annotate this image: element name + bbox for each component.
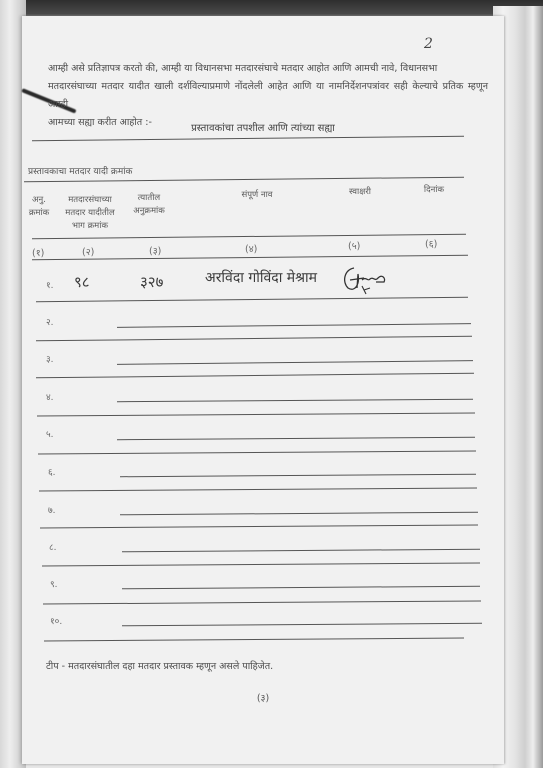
column-number: (१) <box>32 246 44 259</box>
row-underline <box>117 399 473 403</box>
declaration-line-1: आम्ही असे प्रतिज्ञापत्र करतो की, आम्ही य… <box>48 60 488 78</box>
row-divider <box>37 412 475 416</box>
row-underline <box>117 323 471 328</box>
row-6-sr: ६. <box>48 465 56 478</box>
row-8-sr: ८. <box>49 540 57 553</box>
column-number: (५) <box>348 239 360 252</box>
column-header-serial-no: त्यातील अनुक्रमांक <box>124 192 174 218</box>
row-underline <box>122 586 480 590</box>
row-divider <box>39 487 477 491</box>
row-underline <box>117 437 475 441</box>
divider <box>32 136 464 142</box>
column-number: (४) <box>245 242 257 255</box>
row-1-sr: १. <box>46 278 54 291</box>
row-2-sr: २. <box>46 315 54 328</box>
row-divider <box>36 297 468 303</box>
row-divider <box>42 562 480 566</box>
row-3-sr: ३. <box>46 352 54 365</box>
row-underline <box>120 512 478 516</box>
row-7-sr: ७. <box>48 503 56 516</box>
row-4-sr: ४. <box>46 390 54 403</box>
handwritten-page-number: 2 <box>424 36 433 52</box>
row-divider <box>38 450 476 454</box>
row-5-sr: ५. <box>46 427 54 440</box>
row-underline <box>120 474 476 478</box>
row-underline <box>122 623 482 627</box>
column-number: (३) <box>149 244 161 257</box>
page-number: (३) <box>22 691 504 704</box>
column-number: (२) <box>82 245 94 258</box>
row-underline <box>117 360 473 365</box>
row-divider <box>36 373 474 379</box>
row-underline <box>122 549 480 553</box>
row-10-sr: १०. <box>50 614 62 627</box>
divider <box>32 234 466 240</box>
row-divider <box>44 638 464 642</box>
column-header-signature: स्वाक्षरी <box>335 186 385 199</box>
sub-title: प्रस्तावकाचा मतदार यादी क्रमांक <box>28 164 132 177</box>
row-divider <box>43 600 481 604</box>
divider <box>32 255 468 261</box>
row-1-part-no: ९८ <box>74 272 90 292</box>
column-header-full-name: संपूर्ण नाव <box>217 189 297 202</box>
column-header-date: दिनांक <box>414 184 454 197</box>
row-1-signature <box>340 262 390 300</box>
divider <box>24 177 464 183</box>
column-header-sr: अनु. क्रमांक <box>24 194 54 220</box>
row-1-serial-no: ३२७ <box>140 272 163 292</box>
declaration-line-2: मतदारसंघाच्या मतदार यादीत खाली दर्शविल्य… <box>48 78 488 114</box>
footnote: टीप - मतदारसंघातील दहा मतदार प्रस्तावक म… <box>46 659 273 672</box>
form-page: 2 आम्ही असे प्रतिज्ञापत्र करतो की, आम्ही… <box>22 16 504 764</box>
column-number: (६) <box>425 237 437 250</box>
row-9-sr: ९. <box>50 577 58 590</box>
row-1-full-name: अरविंदा गोविंदा मेश्राम <box>205 268 317 287</box>
row-divider <box>36 336 472 342</box>
signature-scribble-icon <box>340 262 390 296</box>
section-title: प्रस्तावकांचा तपशील आणि त्यांच्या सह्या <box>22 120 504 134</box>
row-divider <box>40 524 478 528</box>
column-header-part-no: मतदारसंघाच्या मतदार यादीतील भाग क्रमांक <box>60 194 120 233</box>
